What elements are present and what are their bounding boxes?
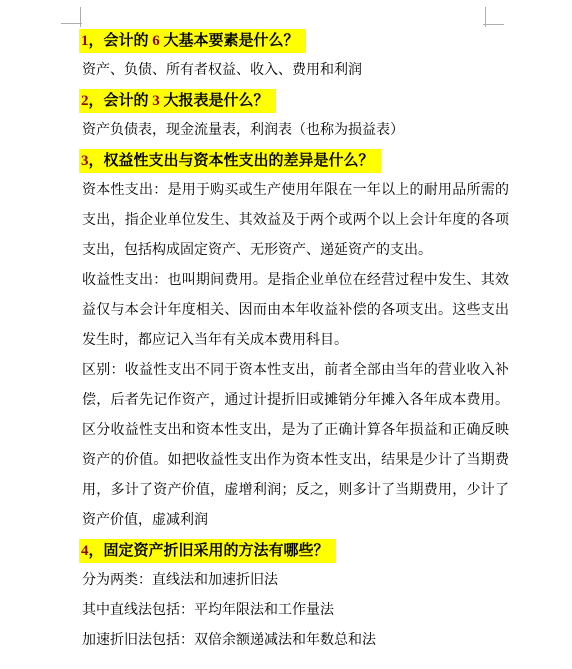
body-line: 支出，指企业单位发生、其效益及于两个或两个以上会计年度的各项 [79,206,509,236]
body-line: 加速折旧法包括：双倍余额递减法和年数总和法 [79,626,509,656]
crop-mark-horizontal-line [61,23,82,24]
body-line: 资产价值，虚减利润 [79,506,509,536]
body-line: 区别：收益性支出不同于资本性支出，前者全部由当年的营业收入补 [79,356,509,386]
heading-line: 1，会计的 6 大基本要素是什么？ [79,26,506,56]
body-line: 支出，包括构成固定资产、无形资产、递延资产的支出。 [79,236,509,266]
body-line: 资产的价值。如把收益性支出作为资本性支出，结果是少计了当期费 [79,446,509,476]
body-line: 资本性支出：是用于购买或生产使用年限在一年以上的耐用品所需的 [79,176,509,206]
body-line: 区分收益性支出和资本性支出，是为了正确计算各年损益和正确反映 [79,416,509,446]
body-line: 收益性支出：也叫期间费用。是指企业单位在经营过程中发生、其效 [79,266,509,296]
body-line: 资产负债表，现金流量表，利润表（也称为损益表） [79,116,509,146]
highlighted-heading-text: 3，权益性支出与资本性支出的差异是什么？ [79,149,381,173]
body-line: 其中直线法包括：平均年限法和工作量法 [79,596,509,626]
body-line: 发生时，都应记入当年有关成本费用科目。 [79,326,509,356]
body-line: 分为两类：直线法和加速折旧法 [79,566,509,596]
body-line: 偿，后者先记作资产，通过计提折旧或摊销分年摊入各年成本费用。 [79,386,509,416]
body-line: 用，多计了资产价值，虚增利润；反之，则多计了当期费用，少计了 [79,476,509,506]
body-line: 资产、负债、所有者权益、收入、费用和利润 [79,56,509,86]
highlighted-heading-text: 1，会计的 6 大基本要素是什么？ [79,29,306,53]
heading-line: 3，权益性支出与资本性支出的差异是什么？ [79,146,506,176]
heading-number: 2 [81,93,89,109]
body-line: 益仅与本会计年度相关、因而由本年收益补偿的各项支出。这些支出 [79,296,509,326]
heading-line: 2，会计的 3 大报表是什么？ [79,86,506,116]
highlighted-heading-text: 2，会计的 3 大报表是什么？ [79,89,276,113]
heading-number: 3 [81,153,89,169]
document-content: 1，会计的 6 大基本要素是什么？资产、负债、所有者权益、收入、费用和利润2，会… [79,26,506,656]
crop-mark-vertical-line [80,7,81,27]
heading-number: 1 [81,33,89,49]
highlighted-heading-text: 4，固定资产折旧采用的方法有哪些？ [79,539,336,563]
heading-line: 4，固定资产折旧采用的方法有哪些？ [79,536,506,566]
crop-mark-horizontal-line [483,24,504,25]
document-page: 1，会计的 6 大基本要素是什么？资产、负债、所有者权益、收入、费用和利润2，会… [0,0,572,669]
heading-number: 6 [152,33,160,49]
heading-number: 4 [81,543,89,559]
heading-number: 3 [152,93,160,109]
